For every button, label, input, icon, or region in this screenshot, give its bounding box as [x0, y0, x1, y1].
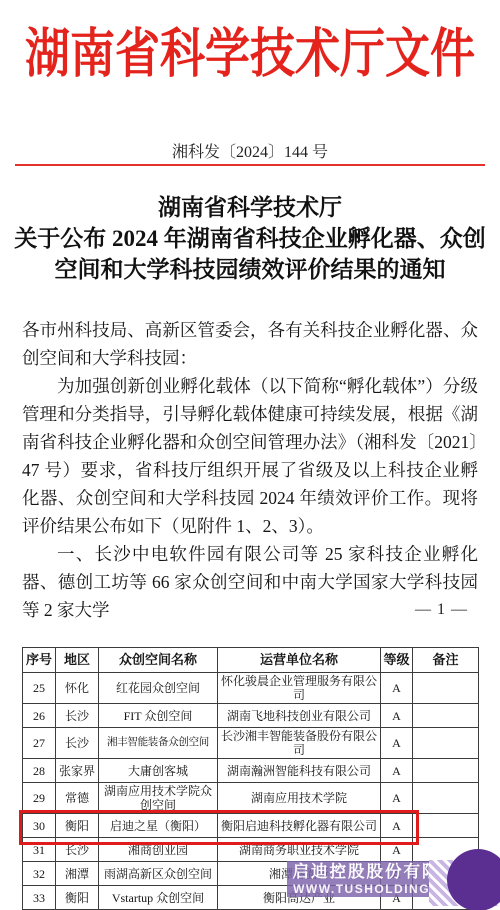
column-header: 地区	[56, 648, 99, 673]
cell-note	[413, 673, 479, 704]
cell-space: Vstartup 众创空间	[99, 886, 218, 910]
cell-no: 28	[23, 759, 56, 783]
cell-space: 红花园众创空间	[99, 673, 218, 704]
cell-operator: 湖南飞地科技创业有限公司	[218, 704, 381, 728]
document-page: 湖南省科学技术厅文件 湘科发〔2024〕144 号 湖南省科学技术厅 关于公布 …	[0, 0, 500, 910]
cell-note	[413, 783, 479, 814]
column-header: 序号	[23, 648, 56, 673]
intro-paragraph: 为加强创新创业孵化载体（以下简称“孵化载体”）分级管理和分类指导，引导孵化载体健…	[22, 372, 478, 540]
cell-note	[413, 728, 479, 759]
cell-region: 张家界	[56, 759, 99, 783]
cell-grade: A	[381, 704, 413, 728]
column-header: 备注	[413, 648, 479, 673]
cell-note	[413, 759, 479, 783]
cell-region: 常德	[56, 783, 99, 814]
column-header: 等级	[381, 648, 413, 673]
cell-region: 长沙	[56, 728, 99, 759]
letterhead-title: 湖南省科学技术厅文件	[0, 10, 500, 87]
table-row: 27长沙湘丰智能装备众创空间长沙湘丰智能装备股份有限公司A	[23, 728, 479, 759]
table-row: 29常德湖南应用技术学院众创空间湖南应用技术学院A	[23, 783, 479, 814]
cell-operator: 湖南应用技术学院	[218, 783, 381, 814]
body-text: 各市州科技局、高新区管委会，各有关科技企业孵化器、众创空间和大学科技园： 为加强…	[22, 316, 478, 624]
cell-note	[413, 814, 479, 838]
cell-space: 大庸创客城	[99, 759, 218, 783]
salutation-paragraph: 各市州科技局、高新区管委会，各有关科技企业孵化器、众创空间和大学科技园：	[22, 316, 478, 372]
cell-region: 长沙	[56, 704, 99, 728]
cell-space: 湘丰智能装备众创空间	[99, 728, 218, 759]
notice-title-line3: 空间和大学科技园绩效评价结果的通知	[0, 254, 500, 285]
cell-note	[413, 704, 479, 728]
doc-number: 湘科发〔2024〕144 号	[0, 139, 500, 162]
cell-region: 衡阳	[56, 886, 99, 910]
corner-circle-decoration	[447, 849, 500, 910]
column-header: 运营单位名称	[218, 648, 381, 673]
cell-grade: A	[381, 783, 413, 814]
table-row: 26长沙FIT 众创空间湖南飞地科技创业有限公司A	[23, 704, 479, 728]
column-header: 众创空间名称	[99, 648, 218, 673]
table-row: 28张家界大庸创客城湖南瀚洲智能科技有限公司A	[23, 759, 479, 783]
cell-space: 雨湖高新区众创空间	[99, 862, 218, 886]
cell-no: 29	[23, 783, 56, 814]
notice-title-line2: 关于公布 2024 年湖南省科技企业孵化器、众创	[0, 223, 500, 254]
cell-grade: A	[381, 759, 413, 783]
cell-grade: A	[381, 728, 413, 759]
cell-no: 32	[23, 862, 56, 886]
page-number: — 1 —	[415, 601, 468, 619]
results-paragraph: 一、长沙中电软件园有限公司等 25 家科技企业孵化器、德创工坊等 66 家众创空…	[22, 540, 478, 624]
cell-operator: 长沙湘丰智能装备股份有限公司	[218, 728, 381, 759]
table-header-row: 序号地区众创空间名称运营单位名称等级备注	[23, 648, 479, 673]
cell-no: 25	[23, 673, 56, 704]
cell-space: 湖南应用技术学院众创空间	[99, 783, 218, 814]
cell-space: FIT 众创空间	[99, 704, 218, 728]
cell-region: 湘潭	[56, 862, 99, 886]
cell-no: 26	[23, 704, 56, 728]
table-row: 25怀化红花园众创空间怀化骏晨企业管理服务有限公司A	[23, 673, 479, 704]
notice-title: 湖南省科学技术厅 关于公布 2024 年湖南省科技企业孵化器、众创 空间和大学科…	[0, 192, 500, 285]
cell-no: 33	[23, 886, 56, 910]
row-30-highlight-box	[19, 810, 419, 845]
cell-operator: 湖南瀚洲智能科技有限公司	[218, 759, 381, 783]
cell-grade: A	[381, 673, 413, 704]
cell-no: 27	[23, 728, 56, 759]
cell-region: 怀化	[56, 673, 99, 704]
red-divider	[15, 164, 485, 166]
notice-title-line1: 湖南省科学技术厅	[0, 192, 500, 223]
cell-operator: 怀化骏晨企业管理服务有限公司	[218, 673, 381, 704]
